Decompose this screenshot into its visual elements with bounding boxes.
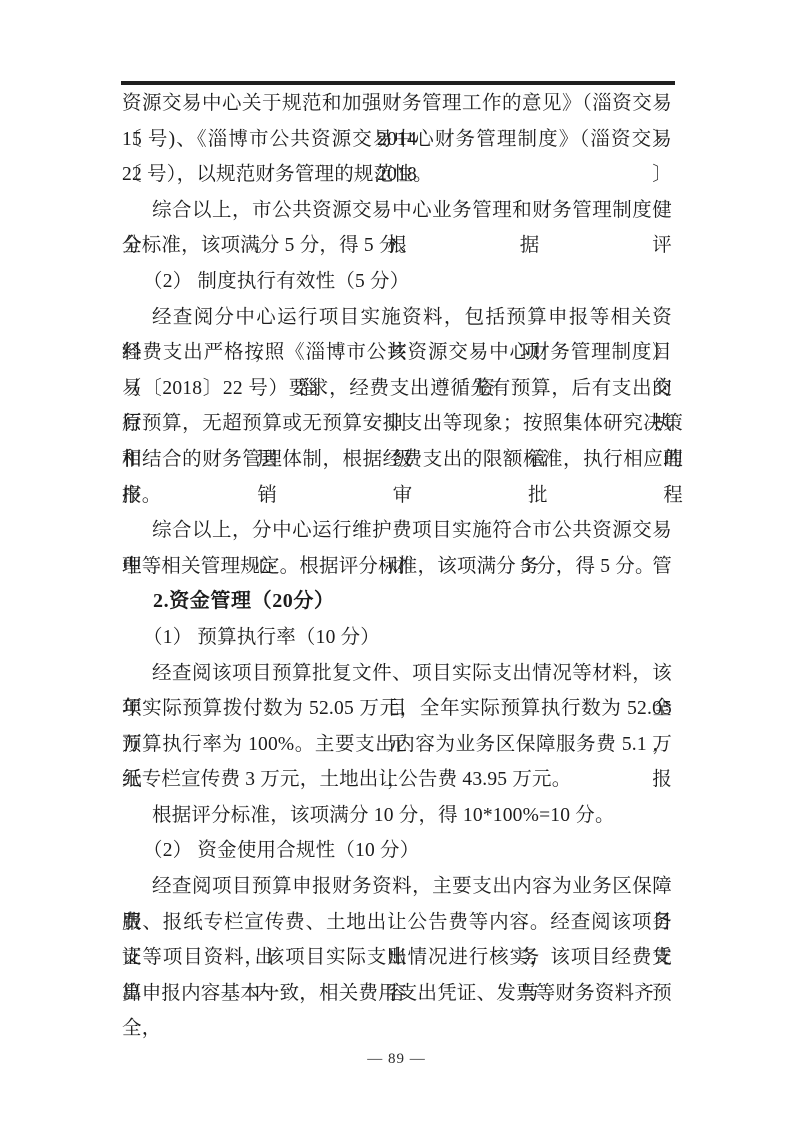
- text-line: 经费支出严格按照《淄博市公共资源交易中心财务管理制度》（淄资交: [122, 335, 672, 371]
- section-heading: 2.资金管理（20分）: [122, 584, 672, 620]
- text-line: 理等相关管理规定。根据评分标准，该项满分 5 分，得 5 分。: [122, 549, 672, 585]
- text-line: 相结合的财务管理体制，根据经费支出的限额标准，执行相应的 报销审批程: [122, 442, 683, 478]
- text-line: 经查阅分中心运行项目实施资料，包括预算申报等相关资料，该项目: [122, 300, 672, 336]
- text-line: 易〔2018〕22 号）要求，经费支出遵循先有预算，后有支出的原则执: [122, 371, 672, 407]
- text-line: 预算执行率为 100%。主要支出内容为业务区保障服务费 5.1 万元，报: [122, 727, 672, 763]
- text-line: 行预算，无超预算或无预算安排支出等现象；按照集体研究决策和层级管理: [122, 406, 683, 442]
- text-line: 综合以上，分中心运行维护费项目实施符合市公共资源交易中心财务管: [122, 513, 672, 549]
- text-line: 根据评分标准，该项满分 10 分，得 10*100%=10 分。: [122, 798, 672, 834]
- subitem-heading: （1） 预算执行率（10 分）: [122, 620, 672, 656]
- subitem-heading: （2） 制度执行有效性（5 分）: [122, 264, 672, 300]
- text-line: 费、报纸专栏宣传费、土地出让公告费等内容。经查阅该项目支出账务凭: [122, 905, 672, 941]
- subitem-heading: （2） 资金使用合规性（10 分）: [122, 833, 672, 869]
- header-rule: [121, 81, 675, 85]
- document-page: 资源交易中心关于规范和加强财务管理工作的意见》（淄资交易〔2014〕 15 号)…: [0, 0, 793, 1122]
- text-line: 证等项目资料，该项目实际支出情况进行核实，该项目经费支出内容与预: [122, 940, 672, 976]
- text-line: 年实际预算拨付数为 52.05 万元，全年实际预算执行数为 52.05 万元，: [122, 691, 672, 727]
- text-line: 15 号)、《淄博市公共资源交易中心财务管理制度》（淄资交易〔2018〕: [122, 122, 672, 158]
- page-number: — 89 —: [0, 1051, 793, 1068]
- text-line: 算申报内容基本一致，相关费用支出凭证、发票等财务资料齐全，: [122, 976, 672, 1012]
- text-line: 资源交易中心关于规范和加强财务管理工作的意见》（淄资交易〔2014〕: [122, 86, 672, 122]
- text-line: 综合以上，市公共资源交易中心业务管理和财务管理制度健全。根据评: [122, 193, 672, 229]
- document-body: 资源交易中心关于规范和加强财务管理工作的意见》（淄资交易〔2014〕 15 号)…: [122, 86, 672, 1011]
- text-line: 经查阅项目预算申报财务资料，主要支出内容为业务区保障服务: [122, 869, 672, 905]
- text-line: 经查阅该项目预算批复文件、项目实际支出情况等材料，该项目全: [122, 656, 672, 692]
